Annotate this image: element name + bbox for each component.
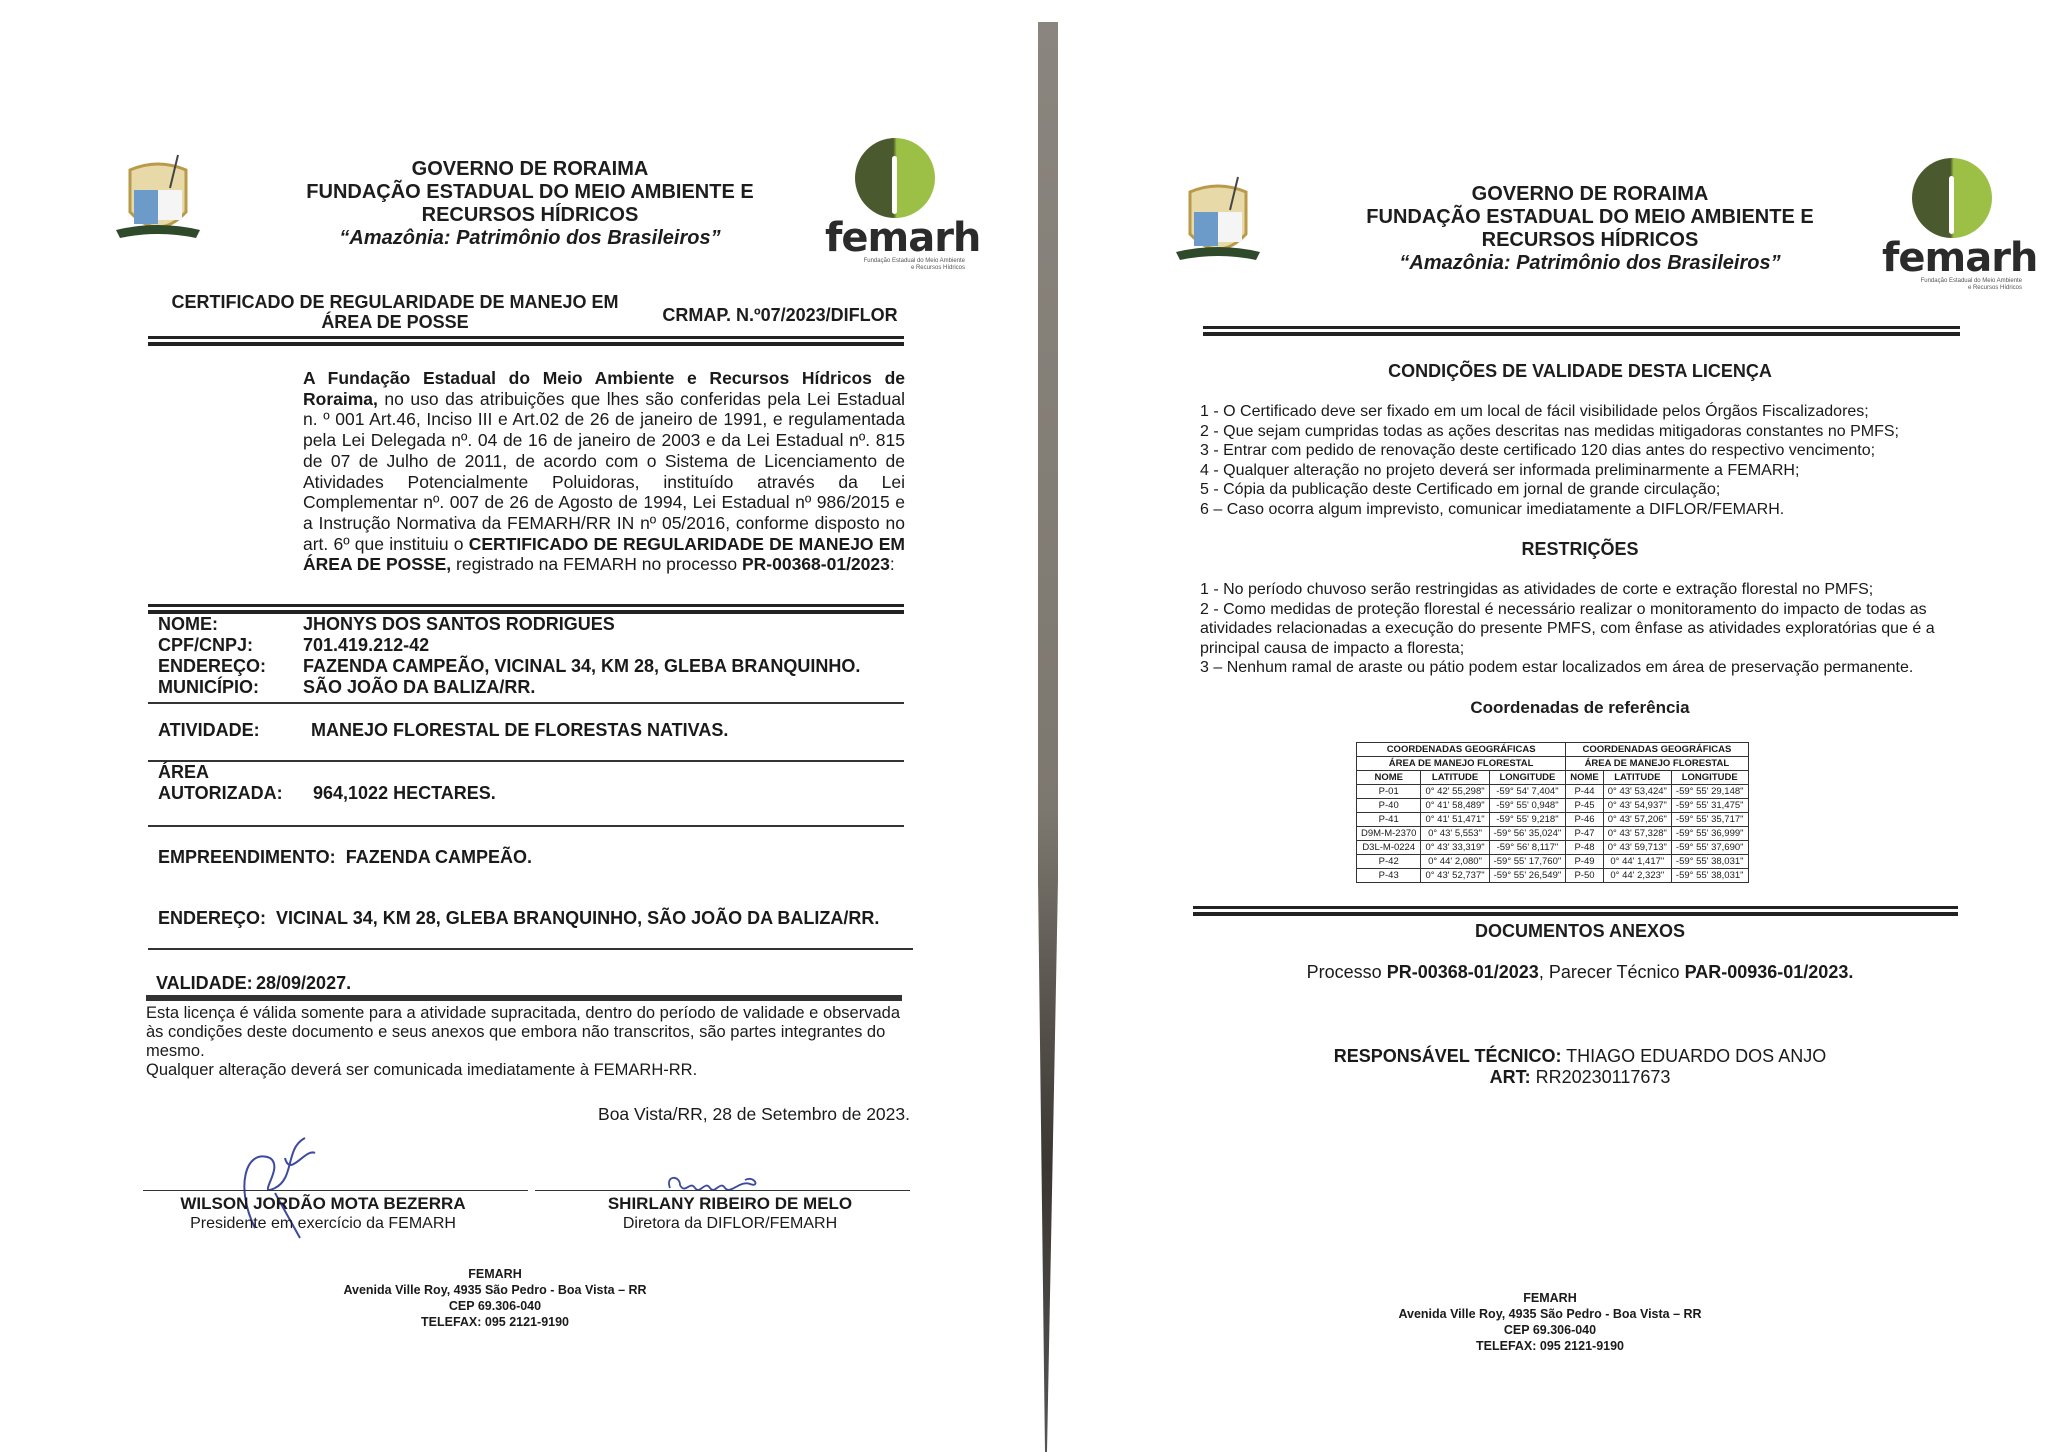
longitude-cell: -59° 55' 26,549" [1489, 869, 1566, 883]
change-notice-text: Qualquer alteração deverá ser comunicada… [146, 1061, 912, 1080]
column-header-latitude: LATITUDE [1603, 771, 1671, 785]
signatory-role: Presidente em exercício da FEMARH [143, 1214, 503, 1234]
restrictions-title: RESTRIÇÕES [1200, 538, 1960, 561]
femarh-leaf-logo-icon [855, 138, 935, 218]
field-endereco-empreendimento: ENDEREÇO: VICINAL 34, KM 28, GLEBA BRANQ… [158, 908, 879, 929]
point-name-cell: P-43 [1357, 869, 1421, 883]
table-row: D3L-M-02240° 43' 33,319"-59° 56' 8,117"P… [1357, 841, 1749, 855]
longitude-cell: -59° 55' 38,031" [1671, 855, 1748, 869]
longitude-cell: -59° 55' 38,031" [1671, 869, 1748, 883]
longitude-cell: -59° 55' 31,475" [1671, 799, 1748, 813]
field-label: ENDEREÇO: [158, 908, 266, 928]
header-government: GOVERNO DE RORAIMA [1340, 183, 1840, 206]
intro-body: no uso das atribuições que lhes são conf… [303, 389, 905, 554]
longitude-cell: -59° 55' 36,999" [1671, 827, 1748, 841]
longitude-cell: -59° 55' 37,690" [1671, 841, 1748, 855]
footer-address: Avenida Ville Roy, 4935 São Pedro - Boa … [1350, 1306, 1750, 1322]
page-1-header: GOVERNO DE RORAIMA FUNDAÇÃO ESTADUAL DO … [280, 158, 780, 250]
latitude-cell: 0° 43' 5,553" [1421, 827, 1489, 841]
point-name-cell: P-47 [1566, 827, 1604, 841]
condition-item: 2 - Que sejam cumpridas todas as ações d… [1200, 422, 1970, 442]
point-name-cell: P-46 [1566, 813, 1604, 827]
longitude-cell: -59° 55' 9,218" [1489, 813, 1566, 827]
page-1-footer: FEMARH Avenida Ville Roy, 4935 São Pedro… [300, 1266, 690, 1330]
header-foundation: FUNDAÇÃO ESTADUAL DO MEIO AMBIENTE E [280, 181, 780, 204]
conditions-list: 1 - O Certificado deve ser fixado em um … [1200, 402, 1970, 519]
field-nome: NOME:JHONYS DOS SANTOS RODRIGUES [158, 614, 615, 635]
table-group-title: COORDENADAS GEOGRÁFICAS [1566, 743, 1748, 757]
longitude-cell: -59° 56' 35,024" [1489, 827, 1566, 841]
footer-phone: TELEFAX: 095 2121-9190 [1350, 1338, 1750, 1354]
logo-wordmark: femarh [825, 218, 965, 258]
logo-wordmark: femarh [1882, 238, 2022, 278]
field-value: SÃO JOÃO DA BALIZA/RR. [303, 677, 535, 697]
signatory-2: SHIRLANY RIBEIRO DE MELO Diretora da DIF… [560, 1194, 900, 1234]
latitude-cell: 0° 43' 57,206" [1603, 813, 1671, 827]
field-validade: VALIDADE:28/09/2027. [156, 973, 351, 994]
longitude-cell: -59° 55' 29,148" [1671, 785, 1748, 799]
point-name-cell: P-01 [1357, 785, 1421, 799]
page-binding-divider [1038, 22, 1058, 1452]
footer-phone: TELEFAX: 095 2121-9190 [300, 1314, 690, 1330]
latitude-cell: 0° 41' 58,489" [1421, 799, 1489, 813]
femarh-leaf-logo-icon [1912, 158, 1992, 238]
column-header-longitude: LONGITUDE [1671, 771, 1748, 785]
signatory-name: WILSON JORDÃO MOTA BEZERRA [143, 1194, 503, 1214]
latitude-cell: 0° 41' 51,471" [1421, 813, 1489, 827]
latitude-cell: 0° 43' 54,937" [1603, 799, 1671, 813]
page-2-header: GOVERNO DE RORAIMA FUNDAÇÃO ESTADUAL DO … [1340, 183, 1840, 275]
table-group-subtitle: ÁREA DE MANEJO FLORESTAL [1357, 757, 1566, 771]
certificate-title-line1: CERTIFICADO DE REGULARIDADE DE MANEJO EM [160, 292, 630, 312]
tech-name: THIAGO EDUARDO DOS ANJO [1561, 1046, 1826, 1066]
condition-item: 1 - O Certificado deve ser fixado em um … [1200, 402, 1970, 422]
signature-line [143, 1190, 528, 1191]
latitude-cell: 0° 43' 53,424" [1603, 785, 1671, 799]
latitude-cell: 0° 43' 52,737" [1421, 869, 1489, 883]
longitude-cell: -59° 54' 7,404" [1489, 785, 1566, 799]
header-foundation-cont: RECURSOS HÍDRICOS [1340, 229, 1840, 252]
condition-item: 3 - Entrar com pedido de renovação deste… [1200, 441, 1970, 461]
table-row: D9M-M-23700° 43' 5,553"-59° 56' 35,024"P… [1357, 827, 1749, 841]
logo-subtitle-2: e Recursos Hídricos [1882, 285, 2022, 292]
femarh-logo: femarh Fundação Estadual do Meio Ambient… [1882, 158, 2022, 292]
condition-item: 5 - Cópia da publicação deste Certificad… [1200, 480, 1970, 500]
annex-process-number: PR-00368-01/2023 [1387, 962, 1539, 982]
footer-cep: CEP 69.306-040 [300, 1298, 690, 1314]
table-row: P-430° 43' 52,737"-59° 55' 26,549"P-500°… [1357, 869, 1749, 883]
art-label: ART: [1490, 1067, 1531, 1087]
tech-label: RESPONSÁVEL TÉCNICO: [1334, 1046, 1562, 1066]
field-value: FAZENDA CAMPEÃO. [346, 847, 532, 867]
thick-rule [146, 995, 902, 1001]
separator [148, 948, 913, 950]
femarh-logo: femarh Fundação Estadual do Meio Ambient… [825, 138, 965, 272]
footer-cep: CEP 69.306-040 [1350, 1322, 1750, 1338]
intro-process-number: PR-00368-01/2023 [742, 554, 890, 574]
longitude-cell: -59° 55' 0,948" [1489, 799, 1566, 813]
point-name-cell: P-44 [1566, 785, 1604, 799]
condition-item: 4 - Qualquer alteração no projeto deverá… [1200, 461, 1970, 481]
state-coat-of-arms-icon [1168, 172, 1268, 272]
restriction-item: 3 – Nenhum ramal de araste ou pátio pode… [1200, 658, 1970, 678]
field-empreendimento: EMPREENDIMENTO: FAZENDA CAMPEÃO. [158, 847, 532, 868]
point-name-cell: P-50 [1566, 869, 1604, 883]
field-label: ENDEREÇO: [158, 656, 303, 677]
latitude-cell: 0° 42' 55,298" [1421, 785, 1489, 799]
longitude-cell: -59° 56' 8,117" [1489, 841, 1566, 855]
annex-pre: Processo [1307, 962, 1387, 982]
latitude-cell: 0° 44' 1,417" [1603, 855, 1671, 869]
double-rule [1203, 326, 1960, 336]
restriction-item: 2 - Como medidas de proteção florestal é… [1200, 600, 1970, 659]
column-header-longitude: LONGITUDE [1489, 771, 1566, 785]
header-motto: “Amazônia: Patrimônio dos Brasileiros” [1340, 252, 1840, 275]
intro-body-2: registrado na FEMARH no processo [451, 554, 742, 574]
latitude-cell: 0° 44' 2,323" [1603, 869, 1671, 883]
technical-responsible: RESPONSÁVEL TÉCNICO: THIAGO EDUARDO DOS … [1200, 1046, 1960, 1088]
field-label: NOME: [158, 614, 303, 635]
condition-item: 6 – Caso ocorra algum imprevisto, comuni… [1200, 500, 1970, 520]
restriction-item: 1 - No período chuvoso serão restringida… [1200, 580, 1970, 600]
art-value: RR20230117673 [1531, 1067, 1671, 1087]
table-row: P-010° 42' 55,298"-59° 54' 7,404"P-440° … [1357, 785, 1749, 799]
conditions-title: CONDIÇÕES DE VALIDADE DESTA LICENÇA [1200, 360, 1960, 383]
field-cpf: CPF/CNPJ:701.419.212-42 [158, 635, 429, 656]
table-row: P-420° 44' 2,080"-59° 55' 17,760"P-490° … [1357, 855, 1749, 869]
point-name-cell: P-49 [1566, 855, 1604, 869]
logo-subtitle-2: e Recursos Hídricos [825, 265, 965, 272]
table-group-title: COORDENADAS GEOGRÁFICAS [1357, 743, 1566, 757]
column-header-name: NOME [1566, 771, 1604, 785]
field-label: ATIVIDADE: [158, 720, 311, 741]
header-motto: “Amazônia: Patrimônio dos Brasileiros” [280, 227, 780, 250]
certificate-title: CERTIFICADO DE REGULARIDADE DE MANEJO EM… [160, 292, 630, 332]
point-name-cell: P-40 [1357, 799, 1421, 813]
field-atividade: ATIVIDADE:MANEJO FLORESTAL DE FLORESTAS … [158, 720, 728, 741]
column-header-latitude: LATITUDE [1421, 771, 1489, 785]
latitude-cell: 0° 43' 59,713" [1603, 841, 1671, 855]
field-value: JHONYS DOS SANTOS RODRIGUES [303, 614, 615, 634]
footer-org: FEMARH [300, 1266, 690, 1282]
footer-org: FEMARH [1350, 1290, 1750, 1306]
certificate-title-line2: ÁREA DE POSSE [160, 312, 630, 332]
separator [148, 825, 904, 827]
separator [148, 702, 904, 704]
latitude-cell: 0° 44' 2,080" [1421, 855, 1489, 869]
coordinates-table: COORDENADAS GEOGRÁFICAS COORDENADAS GEOG… [1356, 742, 1749, 883]
field-label: AUTORIZADA: [158, 783, 313, 804]
field-label: EMPREENDIMENTO: [158, 847, 336, 867]
latitude-cell: 0° 43' 33,319" [1421, 841, 1489, 855]
header-government: GOVERNO DE RORAIMA [280, 158, 780, 181]
signatory-name: SHIRLANY RIBEIRO DE MELO [560, 1194, 900, 1214]
field-label: CPF/CNPJ: [158, 635, 303, 656]
field-area: AUTORIZADA:964,1022 HECTARES. [158, 783, 496, 804]
place-date: Boa Vista/RR, 28 de Setembro de 2023. [560, 1104, 910, 1125]
point-name-cell: P-48 [1566, 841, 1604, 855]
annex-parecer-number: PAR-00936-01/2023. [1685, 962, 1854, 982]
annex-documents: Processo PR-00368-01/2023, Parecer Técni… [1200, 962, 1960, 983]
field-value: FAZENDA CAMPEÃO, VICINAL 34, KM 28, GLEB… [303, 656, 860, 676]
annex-title: DOCUMENTOS ANEXOS [1200, 920, 1960, 943]
point-name-cell: P-41 [1357, 813, 1421, 827]
longitude-cell: -59° 55' 35,717" [1671, 813, 1748, 827]
table-row: P-400° 41' 58,489"-59° 55' 0,948"P-450° … [1357, 799, 1749, 813]
field-value: 701.419.212-42 [303, 635, 429, 655]
field-value: 28/09/2027. [256, 973, 351, 993]
signatory-1: WILSON JORDÃO MOTA BEZERRA Presidente em… [143, 1194, 503, 1234]
point-name-cell: D9M-M-2370 [1357, 827, 1421, 841]
certificate-intro: A Fundação Estadual do Meio Ambiente e R… [303, 368, 905, 575]
header-foundation-cont: RECURSOS HÍDRICOS [280, 204, 780, 227]
signature-line [535, 1190, 910, 1191]
table-row: P-410° 41' 51,471"-59° 55' 9,218"P-460° … [1357, 813, 1749, 827]
validity-notice: Esta licença é válida somente para a ati… [146, 1004, 912, 1080]
restrictions-list: 1 - No período chuvoso serão restringida… [1200, 580, 1970, 678]
field-municipio: MUNICÍPIO:SÃO JOÃO DA BALIZA/RR. [158, 677, 535, 698]
certificate-number: CRMAP. N.º07/2023/DIFLOR [650, 304, 910, 327]
longitude-cell: -59° 55' 17,760" [1489, 855, 1566, 869]
field-label: MUNICÍPIO: [158, 677, 303, 698]
coordinates-table-body: P-010° 42' 55,298"-59° 54' 7,404"P-440° … [1357, 785, 1749, 883]
point-name-cell: D3L-M-0224 [1357, 841, 1421, 855]
signatory-role: Diretora da DIFLOR/FEMARH [560, 1214, 900, 1234]
field-label: VALIDADE: [156, 973, 256, 994]
double-rule [1193, 906, 1958, 916]
annex-mid: , Parecer Técnico [1539, 962, 1685, 982]
page-2-footer: FEMARH Avenida Ville Roy, 4935 São Pedro… [1350, 1290, 1750, 1354]
field-value: MANEJO FLORESTAL DE FLORESTAS NATIVAS. [311, 720, 728, 740]
double-rule [148, 604, 904, 614]
field-value: 964,1022 HECTARES. [313, 783, 496, 803]
separator [148, 760, 904, 762]
point-name-cell: P-45 [1566, 799, 1604, 813]
field-value: VICINAL 34, KM 28, GLEBA BRANQUINHO, SÃO… [276, 908, 879, 928]
validity-notice-text: Esta licença é válida somente para a ati… [146, 1004, 912, 1061]
footer-address: Avenida Ville Roy, 4935 São Pedro - Boa … [300, 1282, 690, 1298]
field-endereco: ENDEREÇO:FAZENDA CAMPEÃO, VICINAL 34, KM… [158, 656, 860, 677]
state-coat-of-arms-icon [108, 150, 208, 250]
point-name-cell: P-42 [1357, 855, 1421, 869]
header-foundation: FUNDAÇÃO ESTADUAL DO MEIO AMBIENTE E [1340, 206, 1840, 229]
latitude-cell: 0° 43' 57,328" [1603, 827, 1671, 841]
field-area-label-top: ÁREA [158, 762, 209, 783]
column-header-name: NOME [1357, 771, 1421, 785]
intro-tail: : [890, 554, 895, 574]
coordinates-title: Coordenadas de referência [1200, 696, 1960, 719]
double-rule [148, 336, 904, 346]
table-group-subtitle: ÁREA DE MANEJO FLORESTAL [1566, 757, 1748, 771]
